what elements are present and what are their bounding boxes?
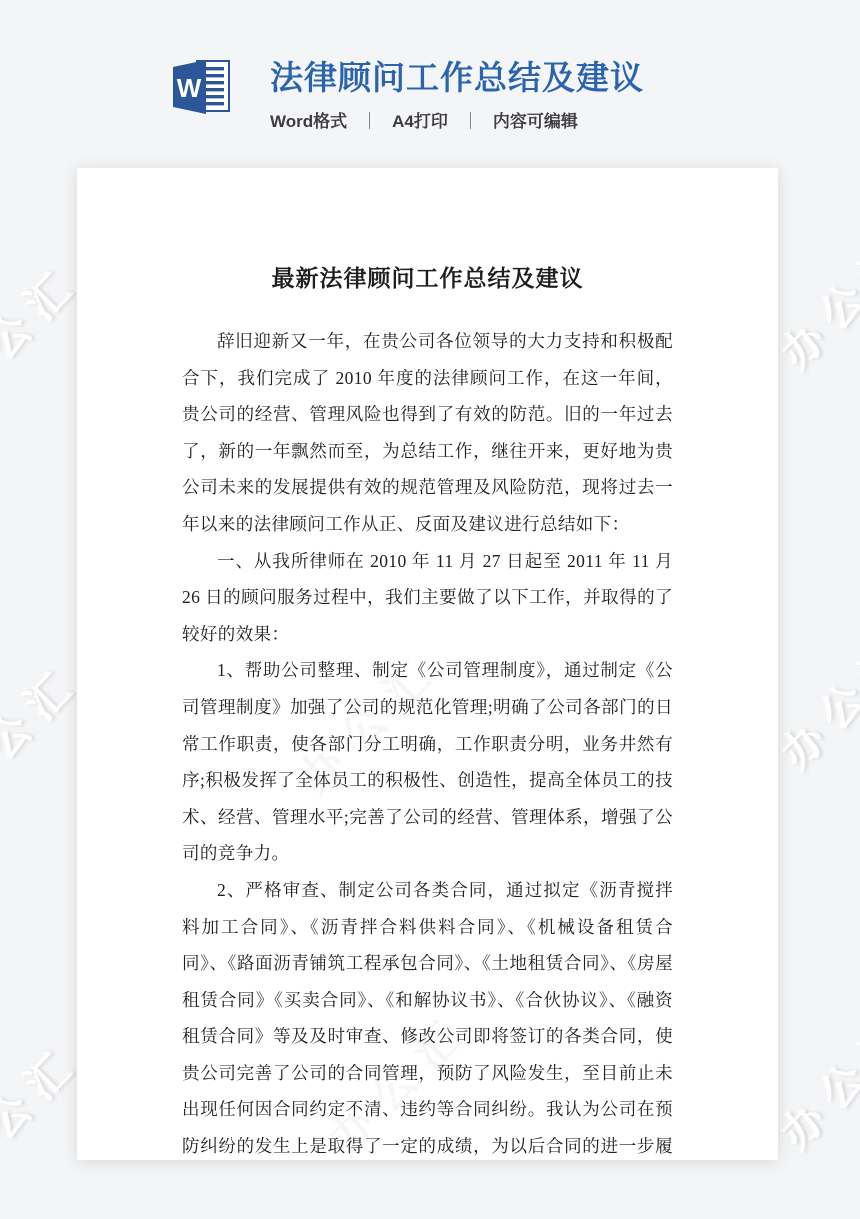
header-text: 法律顾问工作总结及建议 Word格式 ｜ A4打印 ｜ 内容可编辑 xyxy=(270,58,644,132)
badge-separator: ｜ xyxy=(361,107,378,132)
format-badges: Word格式 ｜ A4打印 ｜ 内容可编辑 xyxy=(270,107,644,132)
document-page: 办公汇 办公汇 最新法律顾问工作总结及建议 辞旧迎新又一年，在贵公司各位领导的大… xyxy=(77,168,778,1160)
doc-paragraph: 2、严格审查、制定公司各类合同，通过拟定《沥青搅拌料加工合同》、《沥青拌合料供料… xyxy=(182,872,673,1160)
badge-a4-print: A4打印 xyxy=(392,107,448,132)
document-title: 最新法律顾问工作总结及建议 xyxy=(182,260,673,293)
page-background: 办公汇 办公汇 办公汇 办公汇 办公汇 办公汇 W xyxy=(0,0,860,1219)
background-watermark: 办公汇 xyxy=(765,999,860,1160)
doc-paragraph: 一、从我所律师在 2010 年 11 月 27 日起至 2011 年 11 月 … xyxy=(182,543,673,653)
word-file-icon: W xyxy=(170,58,232,116)
background-watermark: 办公汇 xyxy=(765,619,860,780)
doc-paragraph: 辞旧迎新又一年，在贵公司各位领导的大力支持和积极配合下，我们完成了 2010 年… xyxy=(182,323,673,543)
badge-separator: ｜ xyxy=(462,107,479,132)
badge-word-format: Word格式 xyxy=(270,107,347,132)
doc-paragraph: 1、帮助公司整理、制定《公司管理制度》，通过制定《公司管理制度》加强了公司的规范… xyxy=(182,652,673,872)
svg-text:W: W xyxy=(177,73,202,103)
badge-editable: 内容可编辑 xyxy=(493,107,578,132)
page-title: 法律顾问工作总结及建议 xyxy=(270,58,644,98)
document-body: 辞旧迎新又一年，在贵公司各位领导的大力支持和积极配合下，我们完成了 2010 年… xyxy=(182,323,673,1160)
site-header: W 法律顾问工作总结及建议 Word格式 ｜ A4打印 ｜ 内容可编辑 xyxy=(170,58,644,132)
background-watermark: 办公汇 xyxy=(765,219,860,380)
